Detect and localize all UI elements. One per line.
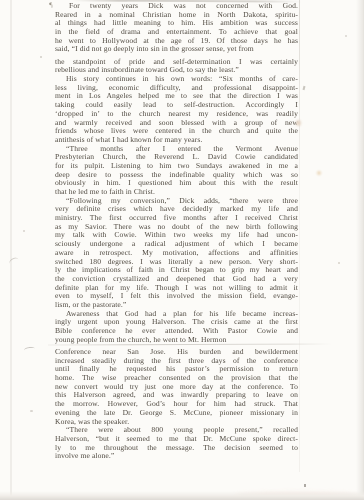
text-line: sciously undergone a radical adjustment …	[55, 240, 298, 249]
text-line: Reared in a nominal Christian home in No…	[55, 11, 298, 20]
paragraph: Conference near San Jose. His burden and…	[55, 348, 298, 426]
paragraph: His story continues in his own words: “S…	[55, 75, 298, 145]
paragraph: “Following my conversion,” Dick adds, “t…	[55, 197, 298, 310]
text-line: Presbyterian Church, the Reverend L. Dav…	[55, 153, 298, 162]
text-line: Korea, was the speaker.	[55, 418, 298, 427]
scan-artifact	[338, 262, 340, 264]
text-line: antithesis of what I had known for many …	[55, 136, 298, 145]
text-line: my talk with Cowie. Within two weeks my …	[55, 231, 298, 240]
text-line: Bible conference he ever attended. With …	[55, 327, 298, 336]
scan-artifact	[304, 484, 306, 487]
text-line: lism, or the pastorate.”	[55, 301, 298, 310]
scan-artifact	[30, 410, 33, 412]
text-line: until finally he requested his pastor’s …	[55, 365, 298, 374]
text-line: “There were about 800 young people prese…	[55, 426, 298, 435]
text-line: ingly urgent upon young Halverson. The c…	[55, 318, 298, 327]
text-line: ment in Los Angeles helped me to see tha…	[55, 92, 298, 101]
text-line: ly the implications of faith in Christ b…	[55, 266, 298, 275]
text-line: increased steadily during the first thre…	[55, 357, 298, 366]
scan-crease-left	[10, 0, 12, 500]
text-line: in the field of drama and entertainment.…	[55, 28, 298, 37]
text-line: and warmly received and soon blessed wit…	[55, 119, 298, 128]
scan-artifact	[23, 230, 25, 232]
text-line: very definite crises which have decidedl…	[55, 205, 298, 214]
paragraph: the standpoint of pride and self-determi…	[55, 58, 298, 75]
text-line: definite plan for my life. Though I was …	[55, 284, 298, 293]
scan-artifact	[345, 35, 347, 37]
text-line: taking could easily lead to self-destruc…	[55, 101, 298, 110]
text-line: less living, economic difficulty, and pr…	[55, 84, 298, 93]
text-line: home. The wise preacher consented on the…	[55, 374, 298, 383]
text-line: “Three months after I entered the Vermon…	[55, 145, 298, 154]
text-line: Halverson, “but it seemed to me that Dr.…	[55, 435, 298, 444]
text-line: obviously in him. I questioned him about…	[55, 179, 298, 188]
text-line: His story continues in his own words: “S…	[55, 75, 298, 84]
text-line: al things had little meaning to him. His…	[55, 19, 298, 28]
text-line: Awareness that God had a plan for his li…	[55, 310, 298, 319]
scan-smudge	[235, 492, 360, 499]
text-line: aware in retrospect. My motivation, affe…	[55, 249, 298, 258]
text-line: new convert would try just one more day …	[55, 383, 298, 392]
scan-artifact	[40, 56, 42, 58]
text-line: he went to Hollywood at the age of 19. O…	[55, 37, 298, 46]
paragraph: “Three months after I entered the Vermon…	[55, 145, 298, 197]
page-edge-line	[299, 0, 300, 472]
text-column: For twenty years Dick was not concerned …	[55, 2, 298, 461]
text-line: switched 180 degrees. I was literally a …	[55, 258, 298, 267]
text-line: young people from the church, he went to…	[55, 336, 298, 345]
text-line: involve me alone.”	[55, 452, 298, 461]
text-line: Conference near San Jose. His burden and…	[55, 348, 298, 357]
text-line: deep desire to possess the indefinable q…	[55, 171, 298, 180]
text-line: even to myself, I felt this involved the…	[55, 292, 298, 301]
text-line: as my Savior. There was no doubt of the …	[55, 223, 298, 232]
text-line: “Following my conversion,” Dick adds, “t…	[55, 197, 298, 206]
scanned-page: ¶ For twenty years Dick was not concerne…	[0, 0, 364, 500]
page-right-edge-shadow	[356, 0, 364, 500]
text-line: the morrow. However, God’s hour for him …	[55, 400, 298, 409]
pencil-dash-mark	[24, 346, 36, 352]
scan-artifact	[317, 171, 321, 175]
text-line: For twenty years Dick was not concerned …	[55, 2, 298, 11]
pencil-tick-mark	[303, 86, 306, 90]
page-bottom-edge-shadow	[0, 491, 364, 500]
text-line: friends whose lives were centered in the…	[55, 127, 298, 136]
paragraph: For twenty years Dick was not concerned …	[55, 2, 298, 54]
text-line: ‘dropped in’ to the church nearest my re…	[55, 110, 298, 119]
paragraph: “There were about 800 young people prese…	[55, 426, 298, 461]
handwritten-pilcrow-mark: ¶	[48, 1, 53, 10]
text-line: rebellious and insubordinate toward God,…	[55, 66, 298, 75]
text-line: ministry. The first occurred five months…	[55, 214, 298, 223]
pencil-curve-mark	[8, 257, 20, 268]
text-line: for its pulpit. Listening to him two Sun…	[55, 162, 298, 171]
text-line: this Halverson agreed, and was inwardly …	[55, 391, 298, 400]
text-line: ly to me throughout the message. The dec…	[55, 444, 298, 453]
text-line: said, “I did not go deeply into sin in t…	[55, 45, 298, 54]
paragraph: Awareness that God had a plan for his li…	[55, 310, 298, 345]
text-line: evening the late Dr. George S. McCune, p…	[55, 409, 298, 418]
text-line: the standpoint of pride and self-determi…	[55, 58, 298, 67]
text-line: that he led me to faith in Christ.	[55, 188, 298, 197]
text-line: the conviction crystallized and deepened…	[55, 275, 298, 284]
